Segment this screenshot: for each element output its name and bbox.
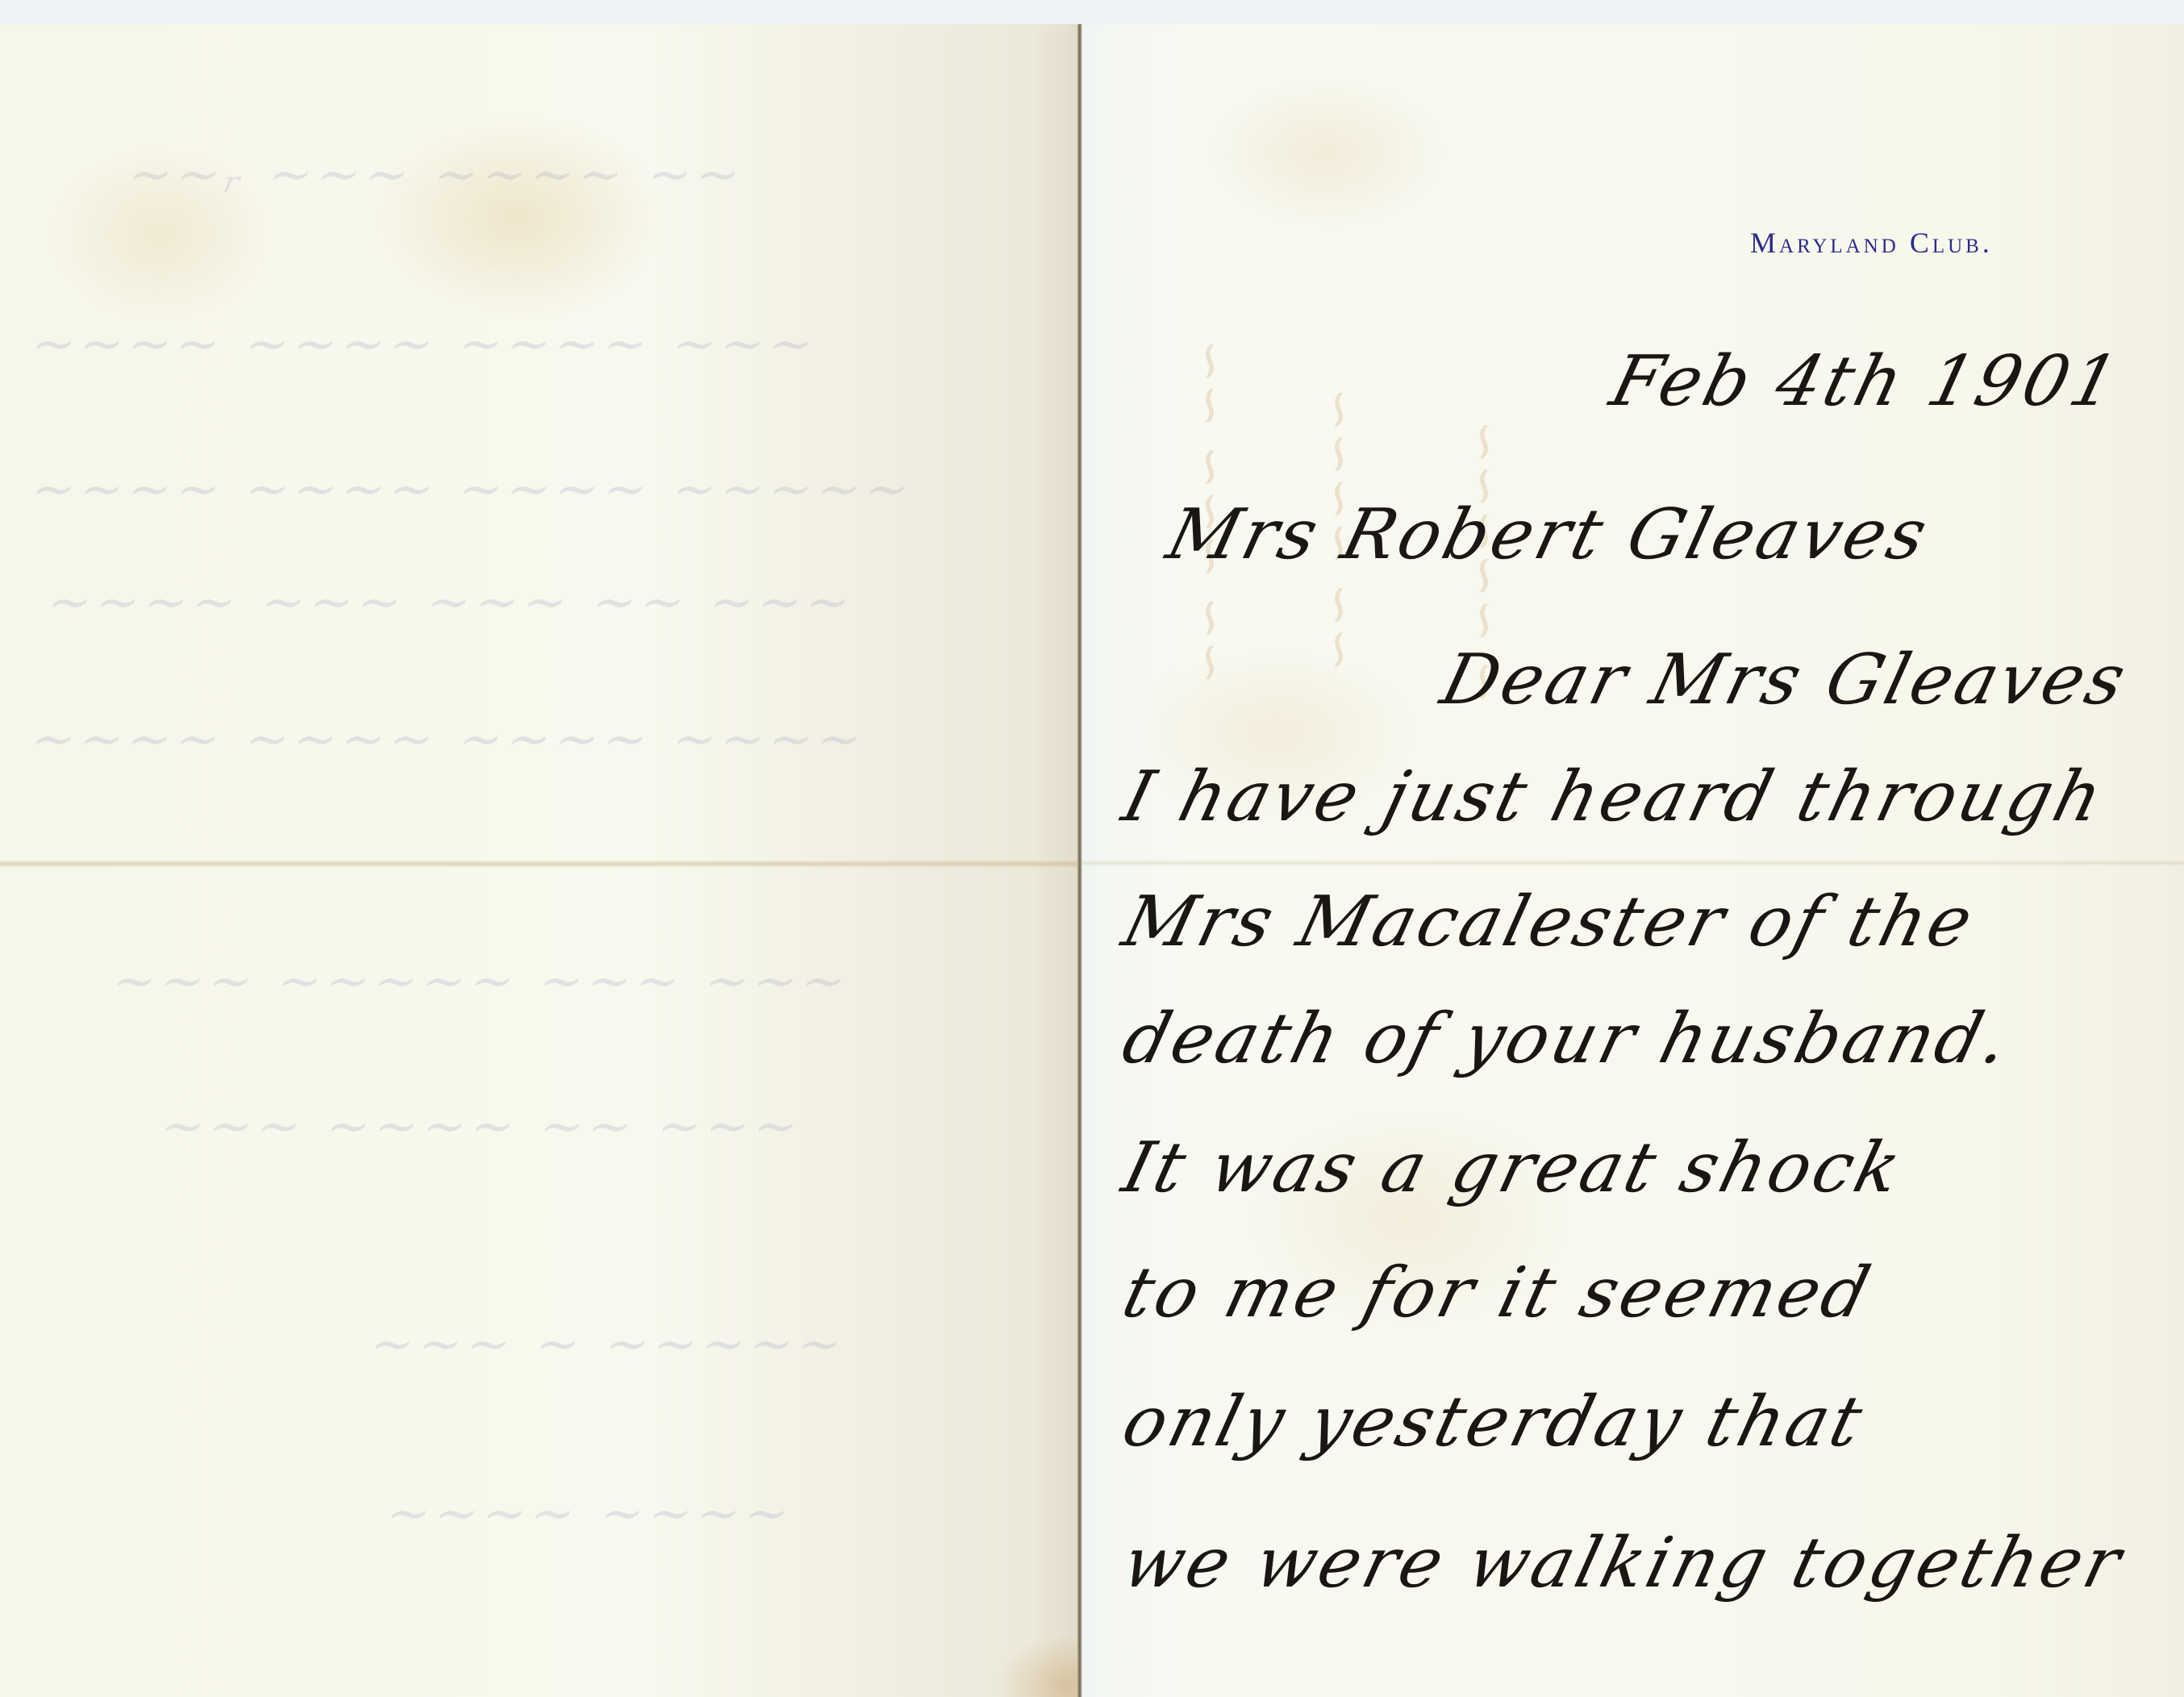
scan-background: ~~ᵣ ~~~ ~~~~ ~~ ~~~~ ~~~~ ~~~~ ~~~ ~~~~ …	[0, 0, 2184, 1697]
bleed-through-text: ~~~ ~ ~~~~~	[365, 1315, 852, 1374]
letter-body-line: I have just heard through	[1116, 762, 2111, 832]
letter-body-line: to me for it seemed	[1116, 1258, 1879, 1328]
horizontal-fold-crease-right	[1082, 860, 2184, 866]
bleed-through-text: ~~ᵣ ~~~ ~~~~ ~~	[123, 145, 751, 205]
bleed-through-text: ~~~~ ~~~~	[381, 1484, 799, 1544]
letter-salutation: Dear Mrs Gleaves	[1435, 645, 2135, 715]
bleed-through-text: ~~~~ ~~~ ~~~ ~~ ~~~	[42, 573, 861, 632]
letter-body-line: It was a great shock	[1116, 1133, 1910, 1203]
letter-date: Feb 4th 1901	[1604, 347, 2128, 416]
bleed-through-text: ~~~~ ~~~~ ~~~~ ~~~~	[26, 710, 872, 769]
letter-body-line: Mrs Macalester of the	[1116, 887, 1982, 957]
letter-address-line: Mrs Robert Gleaves	[1161, 500, 1936, 569]
letter-body-line: only yesterday that	[1116, 1387, 1871, 1457]
bleed-through-text: ~~~~ ~~~~ ~~~~ ~~~~~	[26, 460, 919, 519]
bleed-through-text: ~~~ ~~~~ ~~ ~~~	[155, 1097, 808, 1157]
letter-body-line: we were walking together	[1116, 1528, 2130, 1598]
horizontal-fold-crease	[0, 860, 1077, 868]
bleed-through-text: ~~~~ ~~~~ ~~~~ ~~~	[26, 315, 823, 374]
bleed-through-text: ~~~ ~~~~~ ~~~ ~~~	[106, 952, 857, 1011]
letter-body-line: death of your husband.	[1116, 1004, 2018, 1074]
letterhead-maryland-club: Maryland Club.	[1750, 226, 1993, 260]
